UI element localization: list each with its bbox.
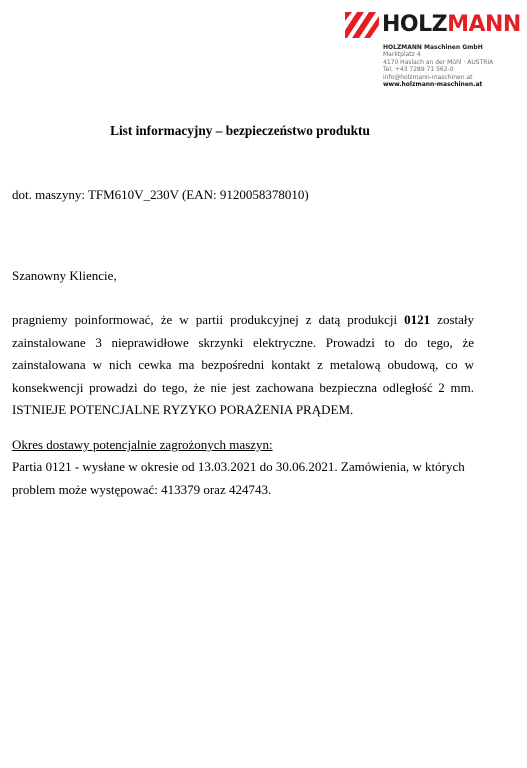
delivery-period-text: Partia 0121 - wysłane w okresie od 13.03… bbox=[12, 456, 474, 501]
batch-number: 0121 bbox=[404, 312, 430, 327]
company-header: HOLZMANN HOLZMANN Maschinen GmbH Marktpl… bbox=[345, 10, 525, 88]
logo-stripes-icon bbox=[345, 12, 379, 38]
logo-word-mann: MANN bbox=[447, 12, 521, 37]
paragraph-intro: pragniemy poinformować, że w partii prod… bbox=[12, 312, 404, 327]
logo-word-holz: HOLZ bbox=[382, 12, 447, 37]
company-phone: Tel. +43 7289 71 562-0 bbox=[383, 66, 525, 73]
company-email: info@holzmann-maschinen.at bbox=[383, 74, 525, 81]
address-city: 4170 Haslach an der Mühl · AUSTRIA bbox=[383, 59, 525, 66]
machine-reference: dot. maszyny: TFM610V_230V (EAN: 9120058… bbox=[12, 184, 474, 207]
delivery-period-heading: Okres dostawy potencjalnie zagrożonych m… bbox=[12, 434, 474, 457]
logo: HOLZMANN bbox=[345, 10, 525, 40]
paragraph-body: zostały zainstalowane 3 nieprawidłowe sk… bbox=[12, 312, 474, 417]
company-website: www.holzmann-maschinen.at bbox=[383, 81, 525, 88]
document-title: List informacyjny – bezpieczeństwo produ… bbox=[0, 123, 480, 139]
logo-wordmark: HOLZMANN bbox=[382, 12, 521, 38]
greeting: Szanowny Kliencie, bbox=[12, 265, 474, 288]
company-name: HOLZMANN Maschinen GmbH bbox=[383, 44, 525, 51]
address-street: Marktplatz 4 bbox=[383, 51, 525, 58]
main-paragraph: pragniemy poinformować, że w partii prod… bbox=[12, 309, 474, 422]
company-address: HOLZMANN Maschinen GmbH Marktplatz 4 417… bbox=[383, 44, 525, 88]
